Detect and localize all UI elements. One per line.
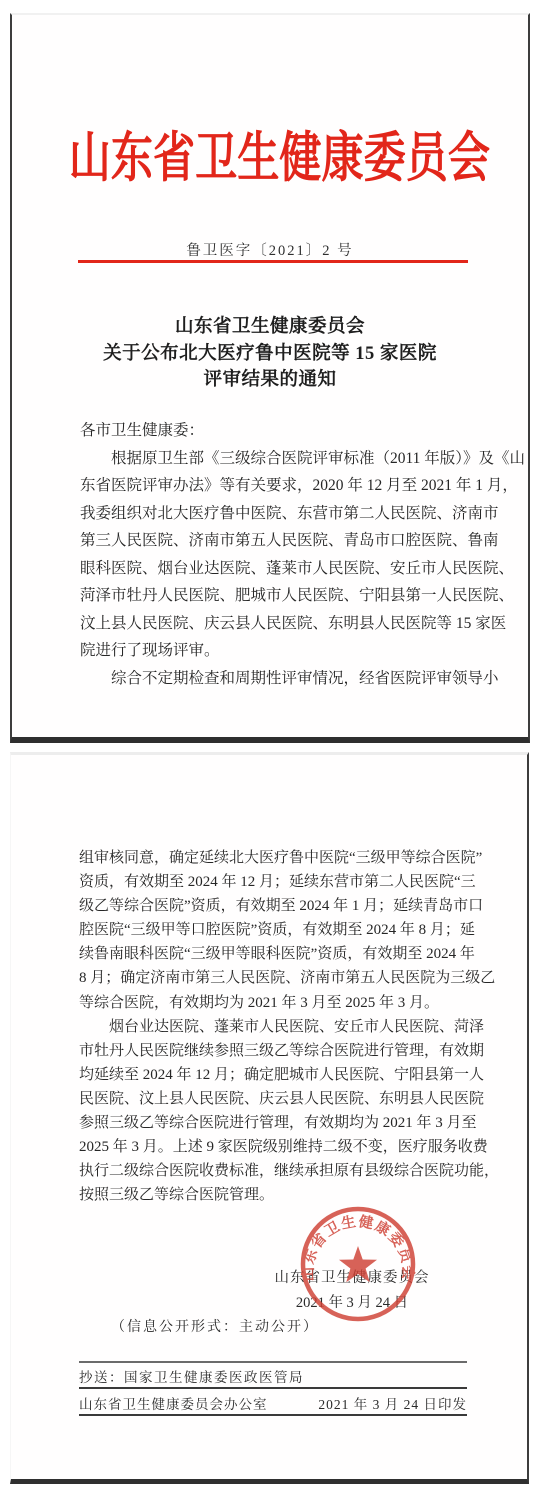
body-line: 参照三级乙等综合医院进行管理，有效期均为 2021 年 3 月至 [79,1111,463,1135]
body-line: 8 月；确定济南市第三人民医院、济南市第五人民医院为三级乙 [79,966,463,990]
body-line: 根据原卫生部《三级综合医院评审标准（2011 年版）》及《山 [80,445,470,473]
body-line: 东省医院评审办法》等有关要求，2020 年 12 月至 2021 年 1 月， [80,472,470,500]
page1-sheet: 山东省卫生健康委员会 鲁卫医字〔2021〕2 号 山东省卫生健康委员会关于公布北… [10,13,530,743]
body-line: 市牡丹人民医院继续参照三级乙等综合医院进行管理，有效期 [79,1039,463,1063]
body-line: 菏泽市牡丹人民医院、肥城市人民医院、宁阳县第一人民医院、 [80,582,470,610]
body-line: 院进行了现场评审。 [80,637,470,665]
disclosure-note: （信息公开形式：主动公开） [111,1316,319,1336]
red-divider [78,260,468,263]
footer-divider-bottom [79,1414,467,1416]
footer-divider-top [79,1361,467,1363]
body-line: 各市卫生健康委： [80,417,470,445]
footer-divider-middle [79,1387,467,1389]
page1-body: 各市卫生健康委： 根据原卫生部《三级综合医院评审标准（2011 年版）》及《山东… [80,417,470,692]
body-line: 续鲁南眼科医院“三级甲等眼科医院”资质，有效期至 2024 年 [79,942,463,966]
body-line: 级乙等综合医院”资质，有效期至 2024 年 1 月；延续青岛市口 [79,894,463,918]
issuer-office: 山东省卫生健康委员会办公室 [79,1393,268,1413]
document-viewer: 山东省卫生健康委员会 鲁卫医字〔2021〕2 号 山东省卫生健康委员会关于公布北… [0,0,536,1489]
issuer-row: 山东省卫生健康委员会办公室 2021 年 3 月 24 日印发 [79,1393,467,1413]
notice-title-line: 关于公布北大医疗鲁中医院等 15 家医院 [12,341,528,368]
notice-title-line: 评审结果的通知 [12,367,528,394]
cc-row: 抄送：国家卫生健康委医政医管局 [79,1366,467,1386]
body-line: 眼科医院、烟台业达医院、蓬莱市人民医院、安丘市人民医院、 [80,555,470,583]
body-line: 第三人民医院、济南市第五人民医院、青岛市口腔医院、鲁南 [80,527,470,555]
body-line: 2025 年 3 月。上述 9 家医院级别维持二级不变，医疗服务收费 [79,1135,463,1159]
page2-sheet: 组审核同意，确定延续北大医疗鲁中医院“三级甲等综合医院”资质，有效期至 2024… [10,752,529,1484]
body-line: 综合不定期检查和周期性评审情况，经省医院评审领导小 [80,665,470,693]
body-line: 均延续至 2024 年 12 月；确定肥城市人民医院、宁阳县第一人 [79,1063,463,1087]
notice-title-line: 山东省卫生健康委员会 [12,314,528,341]
official-seal: 山东省卫生健康委员会 [297,1203,419,1325]
star-icon [339,1246,377,1282]
page2-body: 组审核同意，确定延续北大医疗鲁中医院“三级甲等综合医院”资质，有效期至 2024… [79,846,463,1207]
body-line: 执行二级综合医院收费标准，继续承担原有县级综合医院功能， [79,1159,463,1183]
body-line: 烟台业达医院、蓬莱市人民医院、安丘市人民医院、菏泽 [79,1015,463,1039]
body-line: 资质，有效期至 2024 年 12 月；延续东营市第二人民医院“三 [79,870,463,894]
agency-letterhead: 山东省卫生健康委员会 [69,115,471,192]
body-line: 腔医院“三级甲等口腔医院”资质，有效期至 2024 年 8 月；延 [79,918,463,942]
notice-title: 山东省卫生健康委员会关于公布北大医疗鲁中医院等 15 家医院评审结果的通知 [12,314,528,394]
body-line: 组审核同意，确定延续北大医疗鲁中医院“三级甲等综合医院” [79,846,463,870]
issue-date: 2021 年 3 月 24 日印发 [318,1393,467,1413]
body-line: 等综合医院，有效期均为 2021 年 3 月至 2025 年 3 月。 [79,991,463,1015]
body-line: 我委组织对北大医疗鲁中医院、东营市第二人民医院、济南市 [80,500,470,528]
body-line: 民医院、汶上县人民医院、庆云县人民医院、东明县人民医院 [79,1087,463,1111]
doc-number: 鲁卫医字〔2021〕2 号 [12,239,528,260]
body-line: 汶上县人民医院、庆云县人民医院、东明县人民医院等 15 家医 [80,610,470,638]
